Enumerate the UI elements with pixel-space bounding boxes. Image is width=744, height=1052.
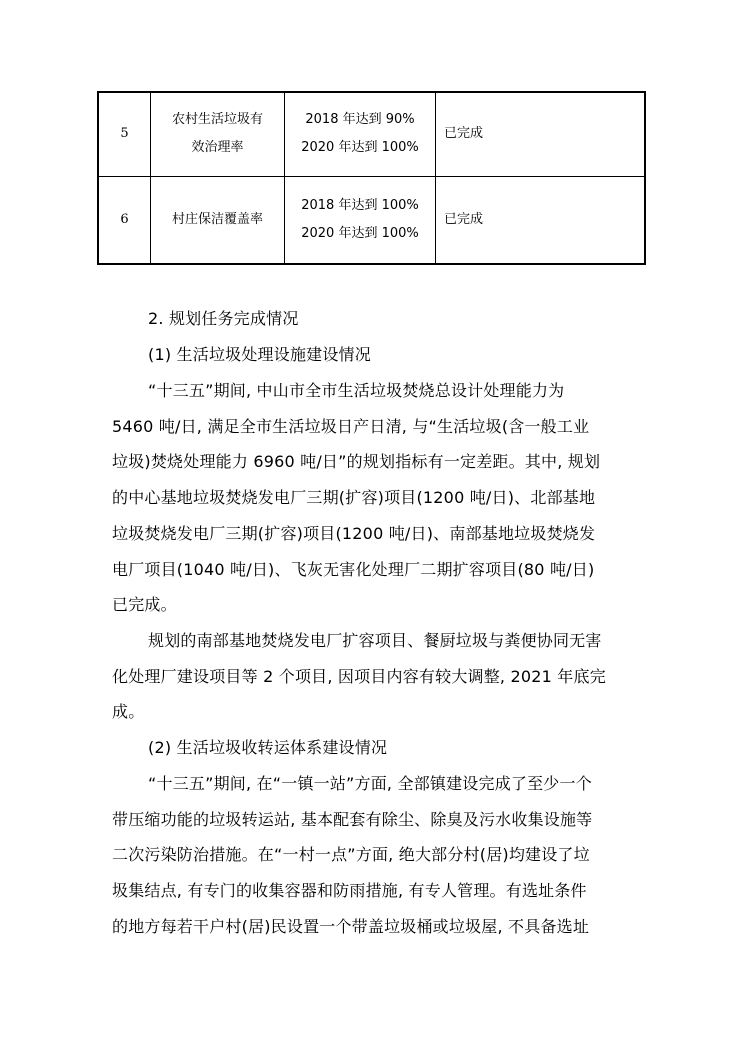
indicator-target: 2018 年达到 90% 2020 年达到 100% [285,92,436,176]
paragraph-line: “十三五”期间, 中山市全市生活垃圾焚烧总设计处理能力为 [148,381,564,401]
paragraph-line: 5460 吨/日, 满足全市生活垃圾日产日清, 与“生活垃圾(含一般工业 [112,417,589,437]
paragraph-line: 的地方每若干户村(居)民设置一个带盖垃圾桶或垃圾屋, 不具备选址 [112,917,589,937]
table-row: 6 村庄保洁覆盖率 2018 年达到 100% 2020 年达到 100% 已完… [98,176,645,264]
completion-status: 已完成 [436,92,646,176]
paragraph-line: 带压缩功能的垃圾转运站, 基本配套有除尘、除臭及污水收集设施等 [112,810,592,830]
indicator-name: 农村生活垃圾有 效治理率 [151,92,285,176]
paragraph-line: 圾集结点, 有专门的收集容器和防雨措施, 有专人管理。有选址条件 [112,881,587,901]
paragraph-line: 成。 [112,702,144,722]
document-page: 5 农村生活垃圾有 效治理率 2018 年达到 90% 2020 年达到 100… [0,0,744,1052]
paragraph-line: 已完成。 [112,595,177,615]
subsection-heading: (1) 生活垃圾处理设施建设情况 [148,345,371,365]
indicator-target: 2018 年达到 100% 2020 年达到 100% [285,176,436,264]
paragraph-line: 的中心基地垃圾焚烧发电厂三期(扩容)项目(1200 吨/日)、北部基地 [112,488,595,508]
paragraph-line: 电厂项目(1040 吨/日)、飞灰无害化处理厂二期扩容项目(80 吨/日) [112,560,594,580]
completion-status: 已完成 [436,176,646,264]
paragraph-line: 二次污染防治措施。在“一村一点”方面, 绝大部分村(居)均建设了垃 [112,845,590,865]
subsection-heading: (2) 生活垃圾收转运体系建设情况 [148,738,387,758]
paragraph-line: 化处理厂建设项目等 2 个项目, 因项目内容有较大调整, 2021 年底完 [112,667,606,687]
paragraph-line: “十三五”期间, 在“一镇一站”方面, 全部镇建设完成了至少一个 [148,774,592,794]
paragraph-line: 垃圾)焚烧处理能力 6960 吨/日”的规划指标有一定差距。其中, 规划 [112,452,600,472]
paragraph-line: 垃圾焚烧发电厂三期(扩容)项目(1200 吨/日)、南部基地垃圾焚烧发 [112,524,595,544]
paragraph-line: 规划的南部基地焚烧发电厂扩容项目、餐厨垃圾与粪便协同无害 [148,631,602,651]
table-row: 5 农村生活垃圾有 效治理率 2018 年达到 90% 2020 年达到 100… [98,92,645,176]
row-number: 5 [98,92,151,176]
row-number: 6 [98,176,151,264]
targets-table: 5 农村生活垃圾有 效治理率 2018 年达到 90% 2020 年达到 100… [97,91,646,265]
indicator-name: 村庄保洁覆盖率 [151,176,285,264]
section-heading: 2. 规划任务完成情况 [148,309,299,329]
